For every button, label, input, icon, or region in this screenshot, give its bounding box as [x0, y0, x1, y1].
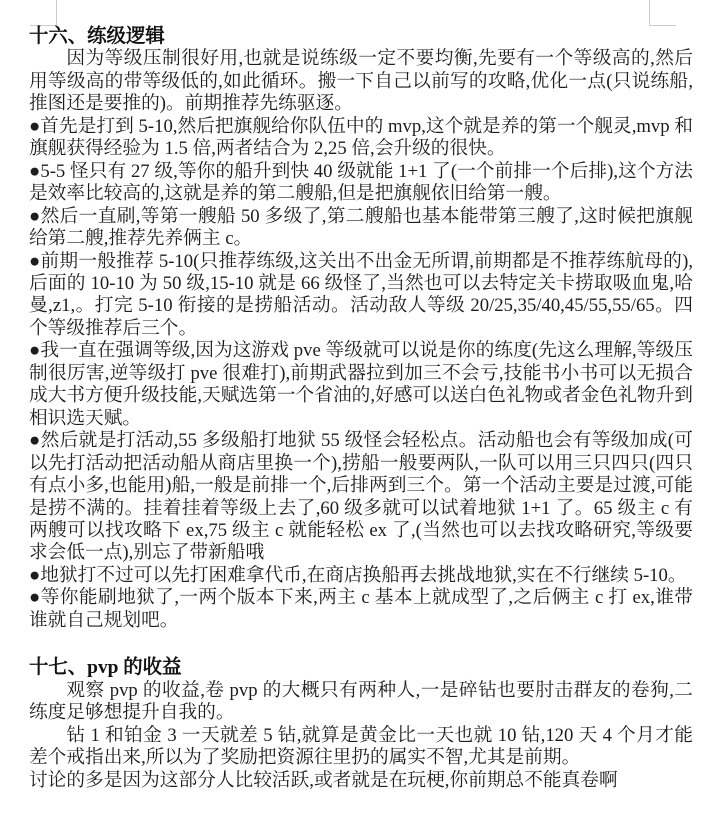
bullet-paragraph: ●首先是打到 5-10,然后把旗舰给你队伍中的 mvp,这个就是养的第一个舰灵,…: [29, 116, 693, 161]
bullet-paragraph: ●等你能刷地狱了,一两个版本下来,两主 c 基本上就成型了,之后俩主 c 打 e…: [29, 587, 693, 632]
bullet-paragraph: ●前期一般推荐 5-10(只推荐练级,这关出不出金无所谓,前期都是不推荐练航母的…: [29, 251, 693, 341]
bullet-paragraph: ●地狱打不过可以先打困难拿代币,在商店换船再去挑战地狱,实在不行继续 5-10。: [29, 565, 693, 587]
document-section: 十七、pvp 的收益观察 pvp 的收益,卷 pvp 的大概只有两种人,一是碎钻…: [29, 657, 693, 792]
section-heading: 十七、pvp 的收益: [29, 657, 693, 679]
paragraph: 钻 1 和铂金 3 一天就差 5 钻,就算是黄金比一天也就 10 钻,120 天…: [29, 725, 693, 770]
margin-crop-mark-top-left-vertical: [56, 0, 57, 25]
document-section: 十六、练级逻辑因为等级压制很好用,也就是说练级一定不要均衡,先要有一个等级高的,…: [29, 26, 693, 632]
paragraph: 讨论的多是因为这部分人比较活跃,或者就是在玩梗,你前期总不能真卷啊: [29, 770, 693, 792]
paragraph: 因为等级压制很好用,也就是说练级一定不要均衡,先要有一个等级高的,然后用等级高的…: [29, 48, 693, 115]
paragraph: 观察 pvp 的收益,卷 pvp 的大概只有两种人,一是碎钻也要肘击群友的卷狗,…: [29, 680, 693, 725]
margin-crop-mark-top-right-vertical: [649, 0, 650, 25]
bullet-paragraph: ●然后就是打活动,55 多级船打地狱 55 级怪会轻松点。活动船也会有等级加成(…: [29, 430, 693, 565]
section-heading: 十六、练级逻辑: [29, 26, 693, 48]
document-content: 十六、练级逻辑因为等级压制很好用,也就是说练级一定不要均衡,先要有一个等级高的,…: [29, 26, 693, 792]
bullet-paragraph: ●然后一直刷,等第一艘船 50 多级了,第二艘船也基本能带第三艘了,这时候把旗舰…: [29, 206, 693, 251]
bullet-paragraph: ●我一直在强调等级,因为这游戏 pve 等级就可以说是你的练度(先这么理解,等级…: [29, 340, 693, 430]
document-page: 十六、练级逻辑因为等级压制很好用,也就是说练级一定不要均衡,先要有一个等级高的,…: [0, 0, 720, 832]
bullet-paragraph: ●5-5 怪只有 27 级,等你的船升到快 40 级就能 1+1 了(一个前排一…: [29, 161, 693, 206]
